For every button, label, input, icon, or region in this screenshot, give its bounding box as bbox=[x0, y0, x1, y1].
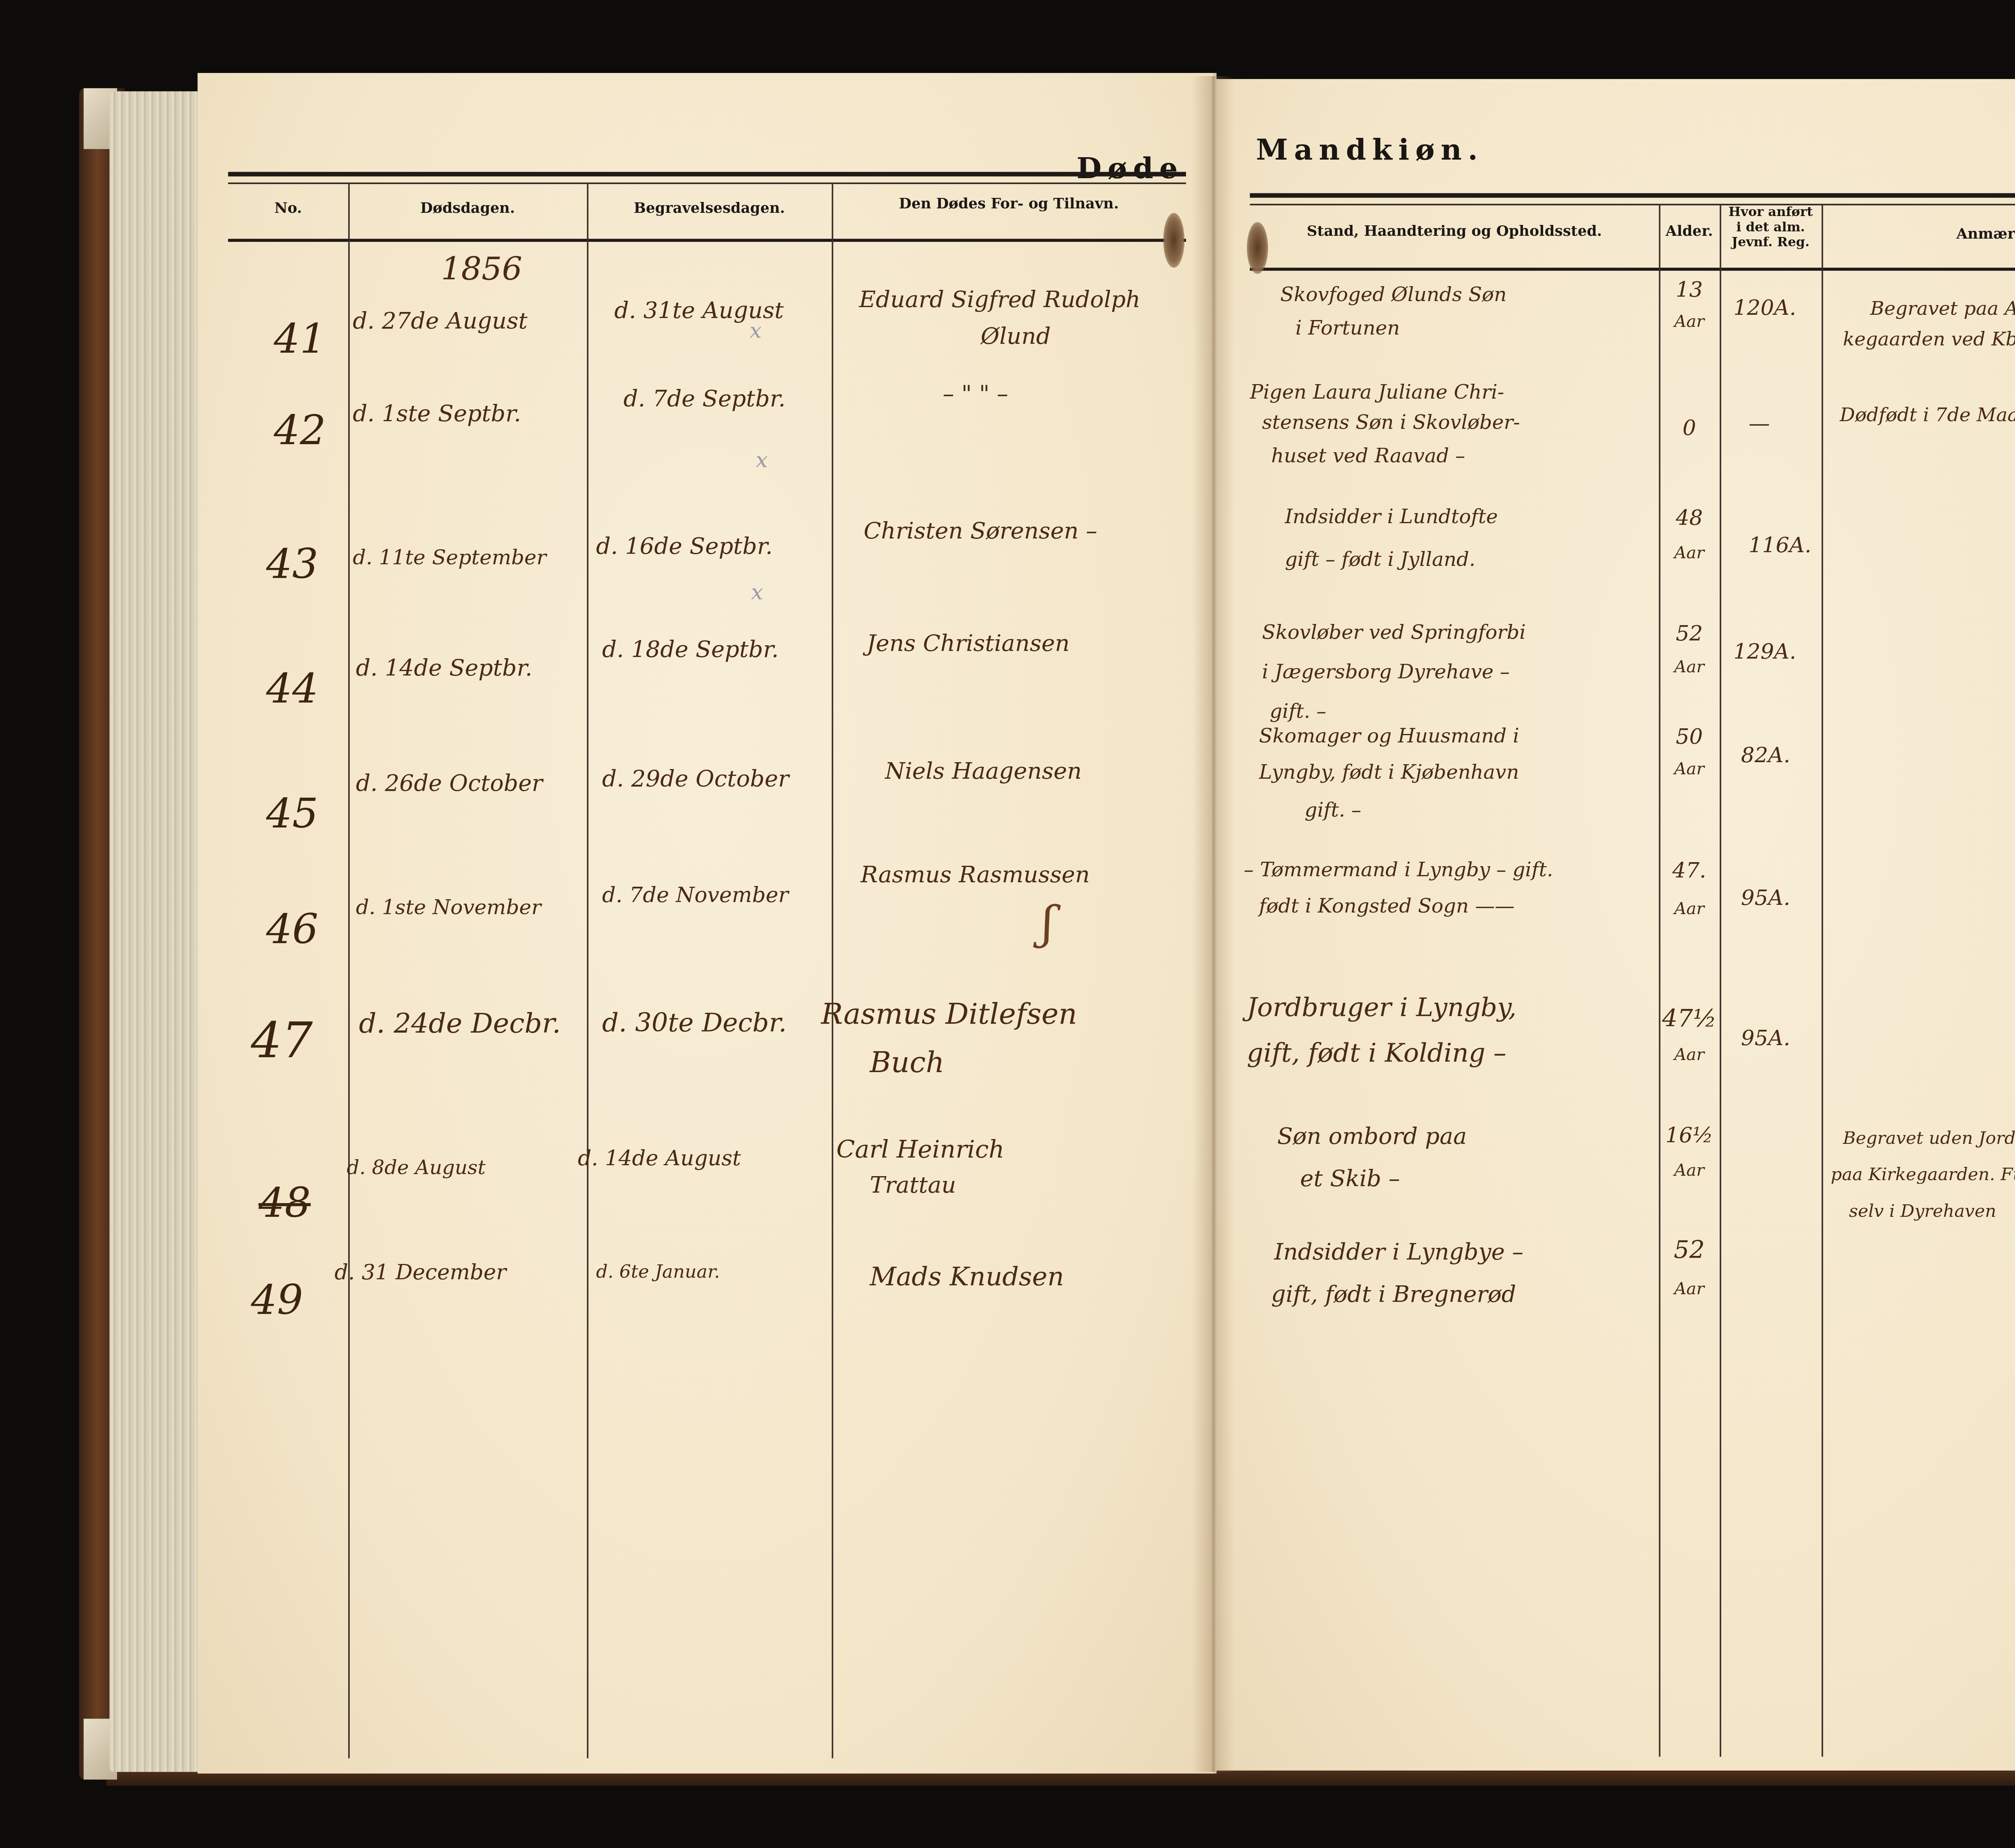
deceased-name: Buch bbox=[870, 1050, 944, 1080]
deceased-name: Rasmus Ditlefsen bbox=[821, 1001, 1077, 1031]
occupation: født i Kongsted Sogn —— bbox=[1259, 897, 1514, 918]
entry-number: 49 bbox=[251, 1281, 303, 1324]
occupation: Søn ombord paa bbox=[1277, 1126, 1467, 1150]
occupation: Lyngby, født i Kjøbenhavn bbox=[1259, 763, 1519, 784]
entry-number: 44 bbox=[266, 669, 318, 712]
book-gutter bbox=[1192, 76, 1235, 1772]
checkmark-icon: x bbox=[751, 581, 763, 605]
deceased-name: Trattau bbox=[870, 1174, 956, 1198]
occupation: gift – født i Jylland. bbox=[1285, 551, 1475, 571]
header-rule-bottom bbox=[228, 239, 1186, 242]
age: 16½ bbox=[1664, 1126, 1715, 1148]
burial-date: d. 7de November bbox=[602, 885, 788, 907]
remarks: Begravet uden Jordefærd bbox=[1843, 1129, 2015, 1147]
column-header-name: Den Dødes For- og Tilnavn. bbox=[832, 198, 1186, 214]
register-reference: 95A. bbox=[1741, 1028, 1790, 1050]
death-date: d. 11te September bbox=[353, 548, 546, 569]
occupation: huset ved Raavad – bbox=[1271, 447, 1465, 468]
register-reference: 82A. bbox=[1741, 745, 1790, 767]
register-reference: 120A. bbox=[1733, 298, 1796, 320]
deceased-name: – " " – bbox=[943, 383, 1008, 407]
occupation: i Fortunen bbox=[1296, 319, 1400, 340]
deceased-name: Jens Christiansen bbox=[867, 633, 1070, 657]
occupation: Pigen Laura Juliane Chri- bbox=[1250, 383, 1504, 404]
deceased-name: Mads Knudsen bbox=[870, 1266, 1064, 1293]
death-date: d. 14de Septbr. bbox=[356, 657, 532, 681]
age: 52 bbox=[1664, 1238, 1715, 1264]
age-unit: Aar bbox=[1664, 659, 1715, 676]
ink-blot: ʃ bbox=[1042, 900, 1054, 948]
ink-stain bbox=[1247, 222, 1268, 274]
column-header-age: Alder. bbox=[1659, 225, 1720, 242]
column-header-occupation: Stand, Haandtering og Opholdssted. bbox=[1250, 225, 1659, 242]
age: 0 bbox=[1664, 418, 1715, 441]
death-date: d. 1ste Septbr. bbox=[353, 403, 521, 427]
column-header-death-date: Dødsdagen. bbox=[348, 202, 587, 219]
register-reference: 116A. bbox=[1749, 535, 1811, 557]
entry-number: 47 bbox=[251, 1016, 313, 1067]
age: 13 bbox=[1664, 280, 1715, 302]
remarks: paa Kirkegaarden. Fundet bbox=[1831, 1165, 2015, 1184]
header-line: Hvor anført bbox=[1720, 207, 1822, 222]
occupation: et Skib – bbox=[1300, 1168, 1400, 1192]
column-header-remarks: Anmærkninger. bbox=[1822, 228, 2015, 245]
death-date: d. 8de August bbox=[347, 1159, 486, 1180]
column-divider bbox=[587, 184, 588, 1759]
burial-date: d. 30te Decbr. bbox=[602, 1012, 787, 1039]
age: 50 bbox=[1664, 727, 1715, 749]
page-edges-left bbox=[110, 91, 201, 1772]
column-divider bbox=[348, 184, 350, 1759]
header-rule-top-thin bbox=[228, 183, 1186, 184]
age-unit: Aar bbox=[1664, 900, 1715, 918]
header-line: i det alm. bbox=[1720, 222, 1822, 237]
deceased-name: Christen Sørensen – bbox=[864, 520, 1097, 544]
burial-date: d. 6te Januar. bbox=[596, 1262, 720, 1282]
header-rule-bottom-right bbox=[1250, 268, 2015, 271]
death-date: d. 1ste November bbox=[356, 897, 541, 919]
age: 47. bbox=[1664, 861, 1715, 883]
occupation: Skomager og Huusmand i bbox=[1259, 727, 1519, 748]
column-header-no: No. bbox=[228, 202, 348, 219]
column-divider bbox=[1659, 205, 1660, 1757]
deceased-name: Rasmus Rasmussen bbox=[861, 864, 1090, 888]
age: 52 bbox=[1664, 624, 1715, 646]
occupation: Indsidder i Lyngbye – bbox=[1274, 1241, 1524, 1265]
occupation: – Tømmermand i Lyngby – gift. bbox=[1244, 861, 1553, 881]
checkmark-icon: x bbox=[756, 449, 768, 473]
occupation: i Jægersborg Dyrehave – bbox=[1262, 663, 1510, 684]
year-marker: 1856 bbox=[441, 252, 522, 286]
header-line: Jevnf. Reg. bbox=[1720, 237, 1822, 252]
register-photo: Døde Mandkiøn. 52 No. Dødsdagen. Begrave… bbox=[0, 0, 2015, 1848]
left-page bbox=[197, 73, 1216, 1773]
burial-date: d. 14de August bbox=[578, 1148, 741, 1170]
column-divider bbox=[1720, 205, 1721, 1757]
entry-number: 41 bbox=[274, 319, 326, 362]
title-left: Døde bbox=[1076, 152, 1184, 185]
age-unit: Aar bbox=[1664, 1281, 1715, 1298]
death-date: d. 27de August bbox=[353, 310, 528, 334]
occupation: Jordbruger i Lyngby, bbox=[1247, 996, 1516, 1023]
death-date: d. 24de Decbr. bbox=[359, 1012, 561, 1040]
header-rule-top-thin-right bbox=[1250, 204, 2015, 206]
register-reference: — bbox=[1749, 414, 1770, 436]
register-reference: 95A. bbox=[1741, 888, 1790, 910]
remarks: Dødfødt i 7de Maaned. bbox=[1840, 405, 2015, 425]
column-header-register: Hvor anført i det alm. Jevnf. Reg. bbox=[1720, 207, 1822, 252]
entry-number: 48 bbox=[258, 1183, 311, 1226]
deceased-name: Ølund bbox=[981, 326, 1051, 349]
age-unit: Aar bbox=[1664, 313, 1715, 331]
header-rule-top-right bbox=[1250, 193, 2015, 197]
entry-number: 42 bbox=[274, 411, 326, 454]
deceased-name: Eduard Sigfred Rudolph bbox=[859, 289, 1140, 313]
occupation: gift, født i Bregnerød bbox=[1271, 1284, 1516, 1308]
remarks: selv i Dyrehaven bbox=[1849, 1202, 1996, 1220]
occupation: gift. – bbox=[1305, 802, 1361, 822]
age-unit: Aar bbox=[1664, 761, 1715, 778]
age-unit: Aar bbox=[1664, 1162, 1715, 1180]
column-header-burial-date: Begravelsesdagen. bbox=[587, 202, 831, 219]
occupation: gift. – bbox=[1269, 703, 1326, 723]
ink-stain bbox=[1163, 213, 1184, 268]
burial-date: d. 18de Septbr. bbox=[602, 639, 779, 663]
deceased-name: Carl Heinrich bbox=[836, 1138, 1004, 1163]
age-unit: Aar bbox=[1664, 545, 1715, 562]
occupation: gift, født i Kolding – bbox=[1247, 1042, 1506, 1069]
age-unit: Aar bbox=[1664, 1046, 1715, 1064]
entry-number: 46 bbox=[266, 910, 318, 953]
column-divider bbox=[1822, 205, 1823, 1757]
burial-date: d. 7de Septbr. bbox=[623, 388, 785, 412]
occupation: Skovfoged Ølunds Søn bbox=[1280, 286, 1507, 306]
occupation: Indsidder i Lundtofte bbox=[1285, 508, 1498, 528]
age: 47½ bbox=[1660, 1007, 1718, 1032]
entry-number: 43 bbox=[266, 545, 318, 588]
burial-date: d. 16de Septbr. bbox=[596, 535, 773, 559]
column-divider bbox=[832, 184, 833, 1759]
header-rule-top bbox=[228, 172, 1186, 176]
remarks: kegaarden ved Kbhvn. bbox=[1843, 328, 2015, 349]
age: 48 bbox=[1664, 508, 1715, 530]
occupation: Skovløber ved Springforbi bbox=[1262, 624, 1526, 644]
register-reference: 129A. bbox=[1733, 642, 1796, 664]
deceased-name: Niels Haagensen bbox=[885, 761, 1082, 784]
title-right: Mandkiøn. bbox=[1256, 134, 1484, 167]
checkmark-icon: x bbox=[750, 319, 762, 343]
death-date: d. 26de October bbox=[356, 773, 543, 796]
burial-date: d. 29de October bbox=[602, 768, 789, 792]
entry-number: 45 bbox=[266, 794, 318, 837]
occupation: stensens Søn i Skovløber- bbox=[1262, 414, 1520, 434]
remarks: Begravet paa Assistentskir- bbox=[1870, 298, 2015, 318]
death-date: d. 31 December bbox=[334, 1262, 506, 1285]
